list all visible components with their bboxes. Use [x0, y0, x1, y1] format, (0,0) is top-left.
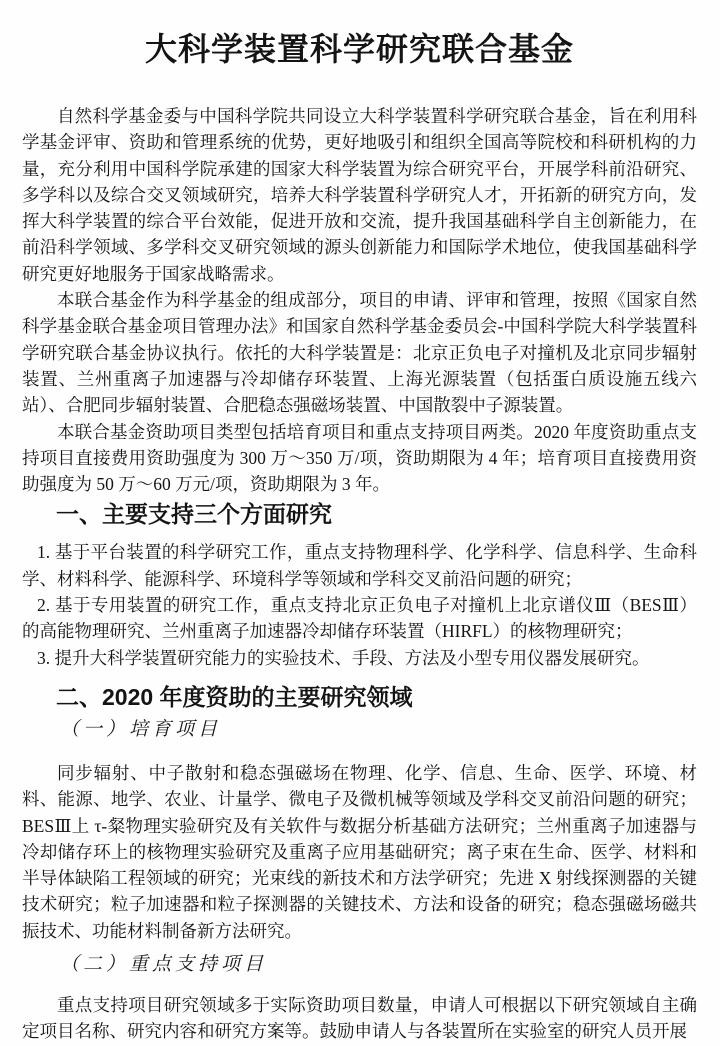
section-one-heading: 一、主要支持三个方面研究	[56, 499, 697, 530]
subsection-key-support-heading: （二）重点支持项目	[60, 951, 697, 978]
intro-paragraph-3: 本联合基金资助项目类型包括培育项目和重点支持项目两类。2020 年度资助重点支持…	[22, 419, 697, 498]
intro-paragraph-1: 自然科学基金委与中国科学院共同设立大科学装置科学研究联合基金，旨在利用科学基金评…	[22, 103, 697, 287]
subsection-key-support-paragraph: 重点支持项目研究领域多于实际资助项目数量，申请人可根据以下研究领域自主确定项目名…	[22, 992, 697, 1045]
intro-paragraph-2: 本联合基金作为科学基金的组成部分，项目的申请、评审和管理，按照《国家自然科学基金…	[22, 287, 697, 418]
page-content: 大科学装置科学研究联合基金 自然科学基金委与中国科学院共同设立大科学装置科学研究…	[22, 0, 697, 1045]
document-title: 大科学装置科学研究联合基金	[22, 0, 697, 70]
subsection-cultivation-heading: （一）培育项目	[60, 716, 697, 743]
subsection-cultivation-paragraph: 同步辐射、中子散射和稳态强磁场在物理、化学、信息、生命、医学、环境、材料、能源、…	[22, 760, 697, 944]
section-one-item-3: 3. 提升大科学装置研究能力的实验技术、手段、方法及小型专用仪器发展研究。	[22, 645, 697, 671]
section-two-heading: 二、2020 年度资助的主要研究领域	[56, 682, 697, 713]
document-page: 大科学装置科学研究联合基金 自然科学基金委与中国科学院共同设立大科学装置科学研究…	[0, 0, 720, 1046]
section-one-item-1: 1. 基于平台装置的科学研究工作，重点支持物理科学、化学科学、信息科学、生命科学…	[22, 539, 697, 592]
section-one-item-2: 2. 基于专用装置的研究工作，重点支持北京正负电子对撞机上北京谱仪Ⅲ（BESⅢ）…	[22, 592, 697, 645]
